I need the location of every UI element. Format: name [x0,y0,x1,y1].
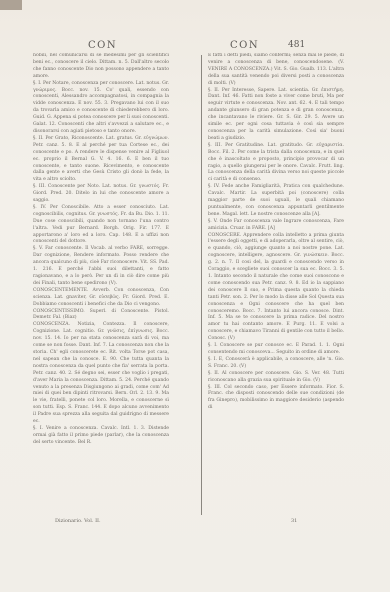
entry-paragraph: nobili, nel comunicarsi di sé medesimi p… [33,53,169,81]
page-header: CON CON 481 [0,40,390,54]
entry-paragraph: §. V. Far conoscente. Il Vocab. al verbo… [33,246,169,287]
entry-paragraph: CONOSCENZA. Notizia, Contezza. Il conosc… [33,322,169,426]
entry-paragraph: §. III. Col secondo caso, per Essere inf… [208,385,344,413]
entry-paragraph: §. III. Conoscente per Noto. Lat. notus.… [33,184,169,205]
entry-paragraph: §. III. Per Gratitudine. Lat. gratitudo.… [208,143,344,184]
volume-signature: Dizionario. Vol. II. [55,518,101,524]
entry-paragraph: §. IV. Per Conoscibile. Atto a esser con… [33,205,169,246]
entry-paragraph: §. II. Per Interesse, Sapere. Lat. scien… [208,88,344,143]
entry-paragraph: §. IV. Fede anche Famigliarità, Pratica … [208,184,344,219]
entry-paragraph: §. I. Per Notare, conoscenza per conosce… [33,81,169,136]
entry-paragraph: §. I. E, Conoscerà è applicabile, a cono… [208,357,344,371]
right-guide-word: CON [230,40,259,51]
left-column: nobili, nel comunicarsi di sé medesimi p… [33,53,169,503]
entry-paragraph: E fatti i detti piedi, siamo confermi; s… [208,53,344,88]
entry-paragraph: §. I. Conoscere se pur conosce ec. E Par… [208,343,344,357]
book-page: CON CON 481 nobili, nel comunicarsi di s… [0,0,390,592]
entry-paragraph: §. I. Venire a conoscenza. Cavalc. Intl.… [33,426,169,447]
page-number: 481 [288,40,305,50]
entry-paragraph: CONOSCENTEMENTE. Avverb. Con conoscenza,… [33,288,169,309]
column-divider [201,55,202,515]
right-column: E fatti i detti piedi, siamo confermi; s… [208,53,344,503]
entry-paragraph: §. II. Per Grato, Riconoscente. Lat. gra… [33,136,169,184]
gathering-signature: 31 [291,518,297,524]
entry-paragraph: CONOSCERE. Apprendere colla intelletto a… [208,233,344,344]
entry-paragraph: §. II. Al conoscere per conoscere. Gio. … [208,371,344,385]
left-guide-word: CON [88,40,117,51]
entry-paragraph: §. V. Onde Far conoscenza vale Ingrare c… [208,219,344,233]
entry-paragraph: CONOSCENTISSIMO. Superl. di Conoscente. … [33,309,169,323]
